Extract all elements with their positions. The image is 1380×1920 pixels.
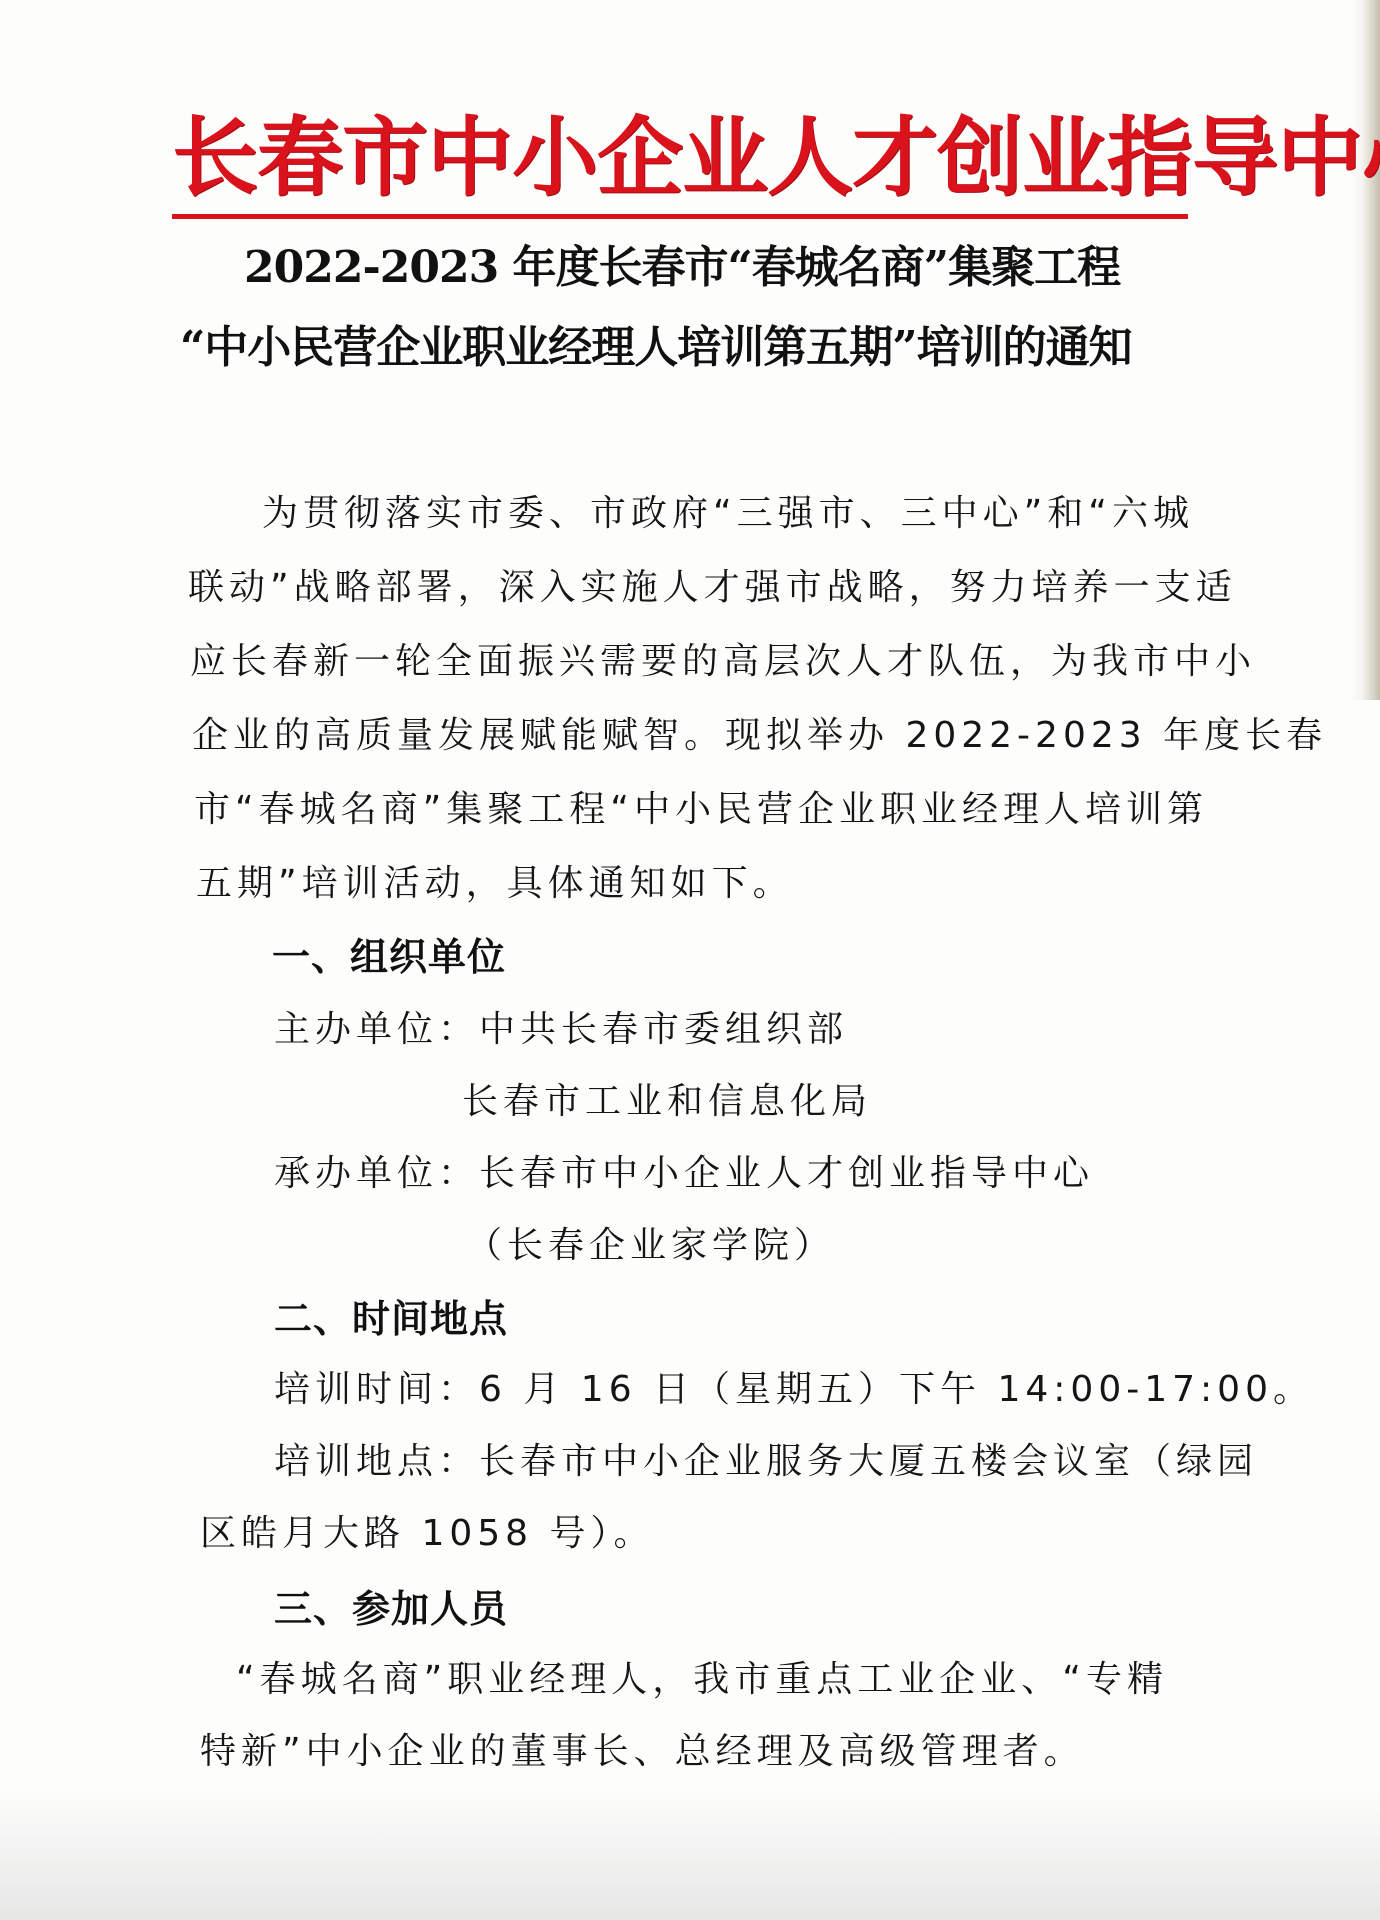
organizer-line: （长春企业家学院） [466, 1224, 835, 1268]
intro-line: 企业的高质量发展赋能赋智。现拟举办 2022-2023 年度长春 [192, 714, 1327, 758]
intro-line: 应长春新一轮全面振兴需要的高层次人才队伍，为我市中小 [190, 640, 1256, 684]
paper-bottom-shading [0, 1790, 1380, 1920]
intro-line: 市“春城名商”集聚工程“中小民营企业职业经理人培训第 [194, 788, 1208, 832]
location-line: 培训地点：长春市中小企业服务大厦五楼会议室（绿园 [274, 1440, 1258, 1484]
participants-line: 特新”中小企业的董事长、总经理及高级管理者。 [200, 1730, 1085, 1774]
notice-title-line-1: 2022-2023 年度长春市“春城名商”集聚工程 [244, 240, 1380, 296]
intro-line: 五期”培训活动，具体通知如下。 [196, 862, 794, 906]
organizer-line: 长春市工业和信息化局 [462, 1080, 872, 1124]
time-line: 培训时间：6 月 16 日（星期五）下午 14:00-17:00。 [274, 1368, 1314, 1412]
participants-line: “春城名商”职业经理人，我市重点工业企业、“专精 [236, 1658, 1168, 1702]
location-line: 区皓月大路 1058 号）。 [200, 1512, 655, 1556]
section-heading: 二、时间地点 [274, 1296, 508, 1342]
section-heading: 三、参加人员 [274, 1586, 508, 1632]
section-heading: 一、组织单位 [272, 934, 506, 980]
organizer-line: 主办单位：中共长春市委组织部 [274, 1008, 848, 1052]
organizer-line: 承办单位：长春市中小企业人才创业指导中心 [274, 1152, 1094, 1196]
organization-letterhead: 长春市中小企业人才创业指导中心 [172, 108, 1182, 208]
notice-title-line-2: “中小民营企业职业经理人培训第五期”培训的通知 [180, 318, 1380, 378]
letterhead-red-rule [172, 214, 1188, 219]
intro-line: 为贯彻落实市委、市政府“三强市、三中心”和“六城 [262, 492, 1194, 536]
intro-line: 联动”战略部署，深入实施人才强市战略，努力培养一支适 [188, 566, 1237, 610]
